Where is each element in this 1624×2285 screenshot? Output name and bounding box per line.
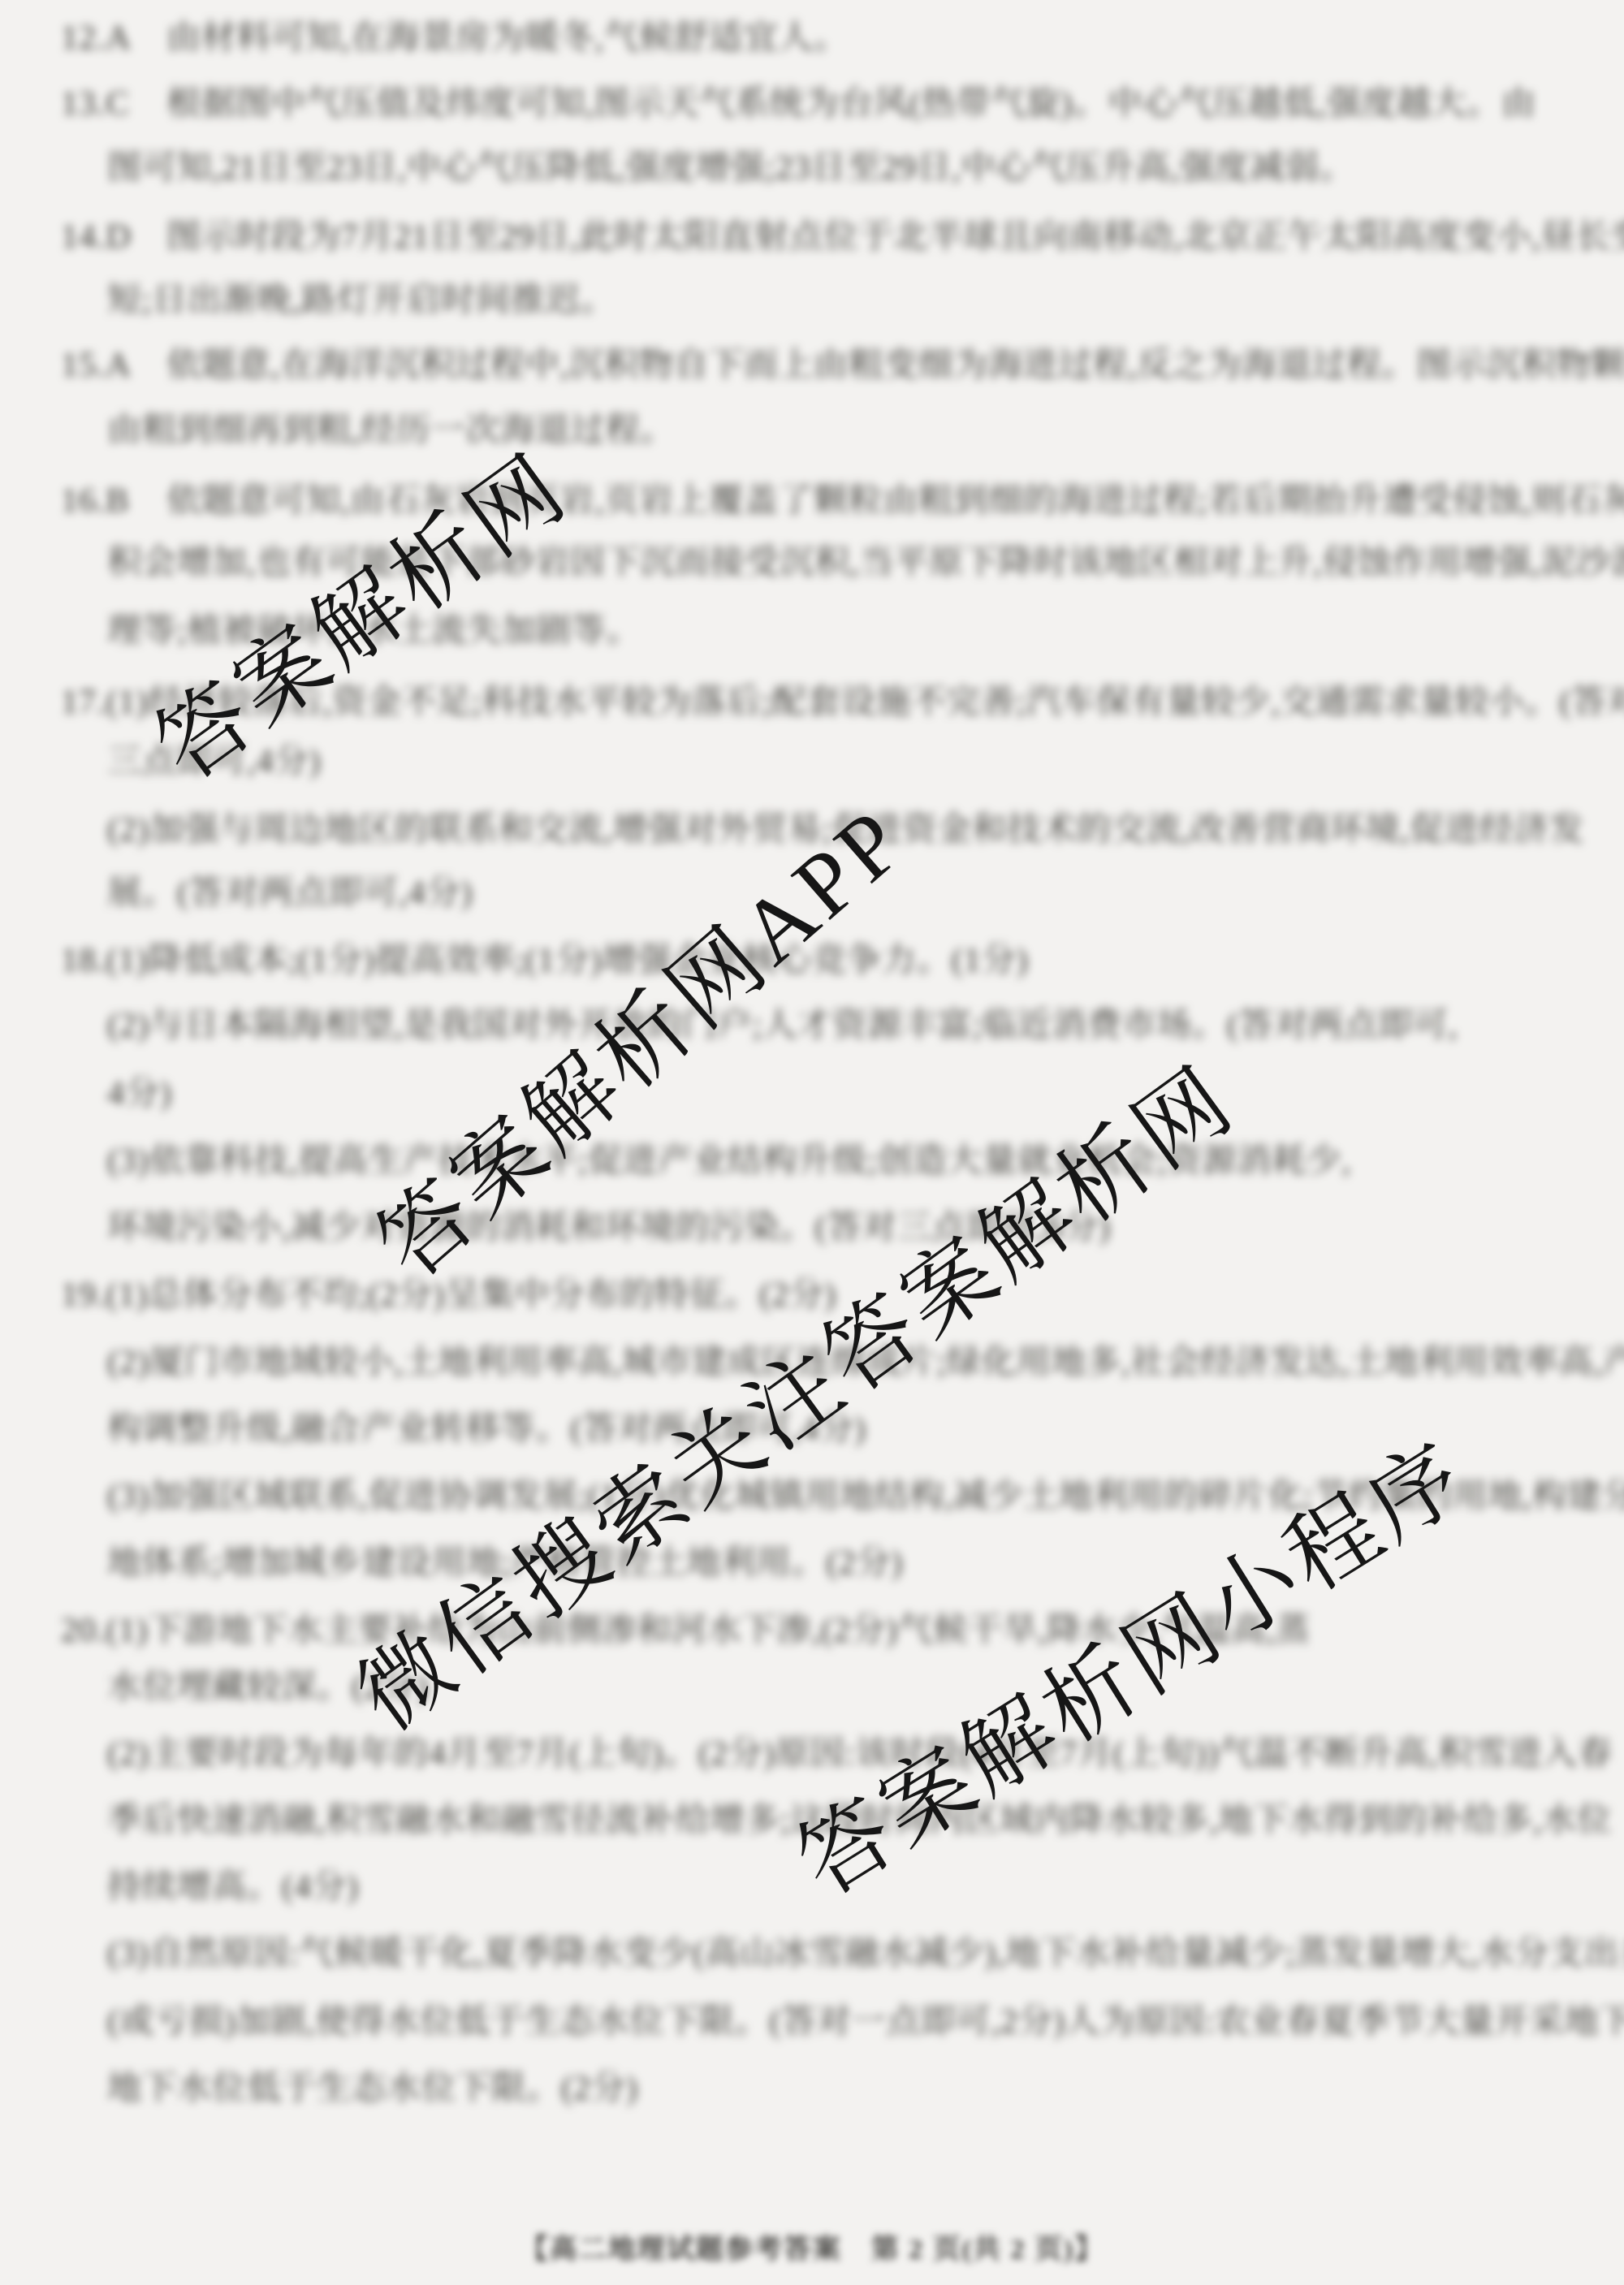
answer-line-segment: 持续增高。(4分) <box>107 1870 359 1904</box>
answer-line-segment: (3)加强区域联系,促进协调发展;(1分)优化城镇用地结构,减少土地利用的碎片化… <box>107 1479 1624 1514</box>
answer-line-segment: 地体系;增加城乡建设用地;严格管控土地利用。(2分) <box>107 1546 903 1580</box>
answer-line-segment: 20.(1)下游地下水主要补给为山前侧渗和河水下渗,(2分)气候干旱,降水少,气… <box>61 1613 1310 1648</box>
answer-line-segment: 理等;植被破坏、水土流失加剧等。 <box>107 614 641 648</box>
answer-line-segment: 水位埋藏较深。(2分) <box>107 1670 429 1704</box>
answer-line-segment: 13.C <box>61 87 130 121</box>
answer-line-segment: (或亏损)加剧,使得水位低于生态水位下限。(答对一点即可,2分)人为原因:农业春… <box>107 2005 1624 2039</box>
answer-line-segment: 12.A <box>61 21 132 55</box>
answer-line-segment: (2)厦门市地域较小,土地利用率高,城市建成区连绵成片;绿化用地多,社会经济发达… <box>107 1346 1624 1380</box>
answer-line-segment: 14.D <box>61 220 132 254</box>
answer-line-segment: 16.B <box>61 484 130 518</box>
answer-line-segment: 构调整升级,融合产业转移等。(答对两点即可,4分) <box>107 1412 866 1446</box>
answer-line-segment: 季后快速消融,积雪融水和融雪径流补给增多;这段时间内区域内降水较多,地下水得到的… <box>107 1803 1612 1838</box>
answer-line-segment: 由粗到细再到粗,经历一次海退过程。 <box>107 413 676 447</box>
answer-line-segment: (2)加强与周边地区的联系和交流,增强对外贸易;促进资金和技术的交流,改善营商环… <box>107 813 1584 847</box>
answer-line-segment: (2)主要时段为每年的4月至7月(上旬)。(2分)原因:该时段(4月至7月(上旬… <box>107 1737 1613 1771</box>
answer-line-segment: 18.(1)降低成本;(1分)提高效率;(1分)增强企业核心竞争力。(1分) <box>61 944 1029 978</box>
answer-line-segment: 15.A <box>61 348 132 382</box>
answer-line-segment: 图示时段为7月21日至29日,此时太阳直射点位于北半球且向南移动,北京正午太阳高… <box>166 220 1624 254</box>
answer-line-segment: 环境污染小,减少对资源的消耗和环境的污染。(答对三点即可,6分) <box>107 1211 1111 1245</box>
answer-line-segment: (3)依靠科技,提高生产技术水平;促进产业结构升级;创造大量就业机会;资源消耗少… <box>107 1144 1351 1178</box>
answer-line-segment: 地下水位低于生态水位下限。(2分) <box>107 2071 638 2106</box>
answer-line-segment: 三点即可,4分) <box>107 745 322 779</box>
answer-line-segment: 17.(1)经济较落后,资金不足;科技水平较为落后;配套设施不完善;汽车保有量较… <box>61 685 1624 719</box>
answer-line-segment: (2)与日本隔海相望,是我国对外开放的门户;人才资源丰富;临近消费市场。(答对两… <box>107 1009 1458 1043</box>
answer-line-segment: 19.(1)总体分布不均;(2分)呈集中分布的特征。(2分) <box>61 1278 836 1312</box>
answer-line-segment: 依题意,在海洋沉积过程中,沉积物自下而上由粗变细为海进过程,反之为海退过程。图示… <box>166 348 1624 382</box>
document-page: 12.A由材料可知,在海景房为暖冬,气候舒适宜人。13.C根据图中气压值及纬度可… <box>0 0 1624 2285</box>
page-footer: 【高二地理试题参考答案 第 2 页(共 2 页)】 <box>0 2227 1624 2266</box>
answer-line-segment: 依题意可知,由石灰岩到页岩,页岩上覆盖了颗粒由粗到细的海进过程;若后期抬升遭受侵… <box>166 484 1624 518</box>
answer-line-segment: 由材料可知,在海景房为暖冬,气候舒适宜人。 <box>166 21 849 55</box>
answer-line-segment: 4分) <box>107 1077 172 1111</box>
answer-line-segment: 展。(答对两点即可,4分) <box>107 876 473 910</box>
answer-line-segment: 短;日出渐晚,路灯开启时间推迟。 <box>107 283 615 317</box>
answer-line-segment: 图可知,21日至23日,中心气压降低,强度增强;23日至29日,中心气压升高,强… <box>107 151 1354 185</box>
answer-line-segment: 根据图中气压值及纬度可知,图示天气系统为台风(热带气旋)。中心气压越低,强度越大… <box>166 87 1536 121</box>
answer-line-segment: (3)自然原因:气候暖干化,夏季降水变少(高山冰雪融水减少),地下水补给量减少;… <box>107 1937 1624 1971</box>
answer-line-segment: 积会增加,也有可能是下部砂岩因下沉而接受沉积,当平原下降时该地区相对上升,侵蚀作… <box>107 546 1624 580</box>
